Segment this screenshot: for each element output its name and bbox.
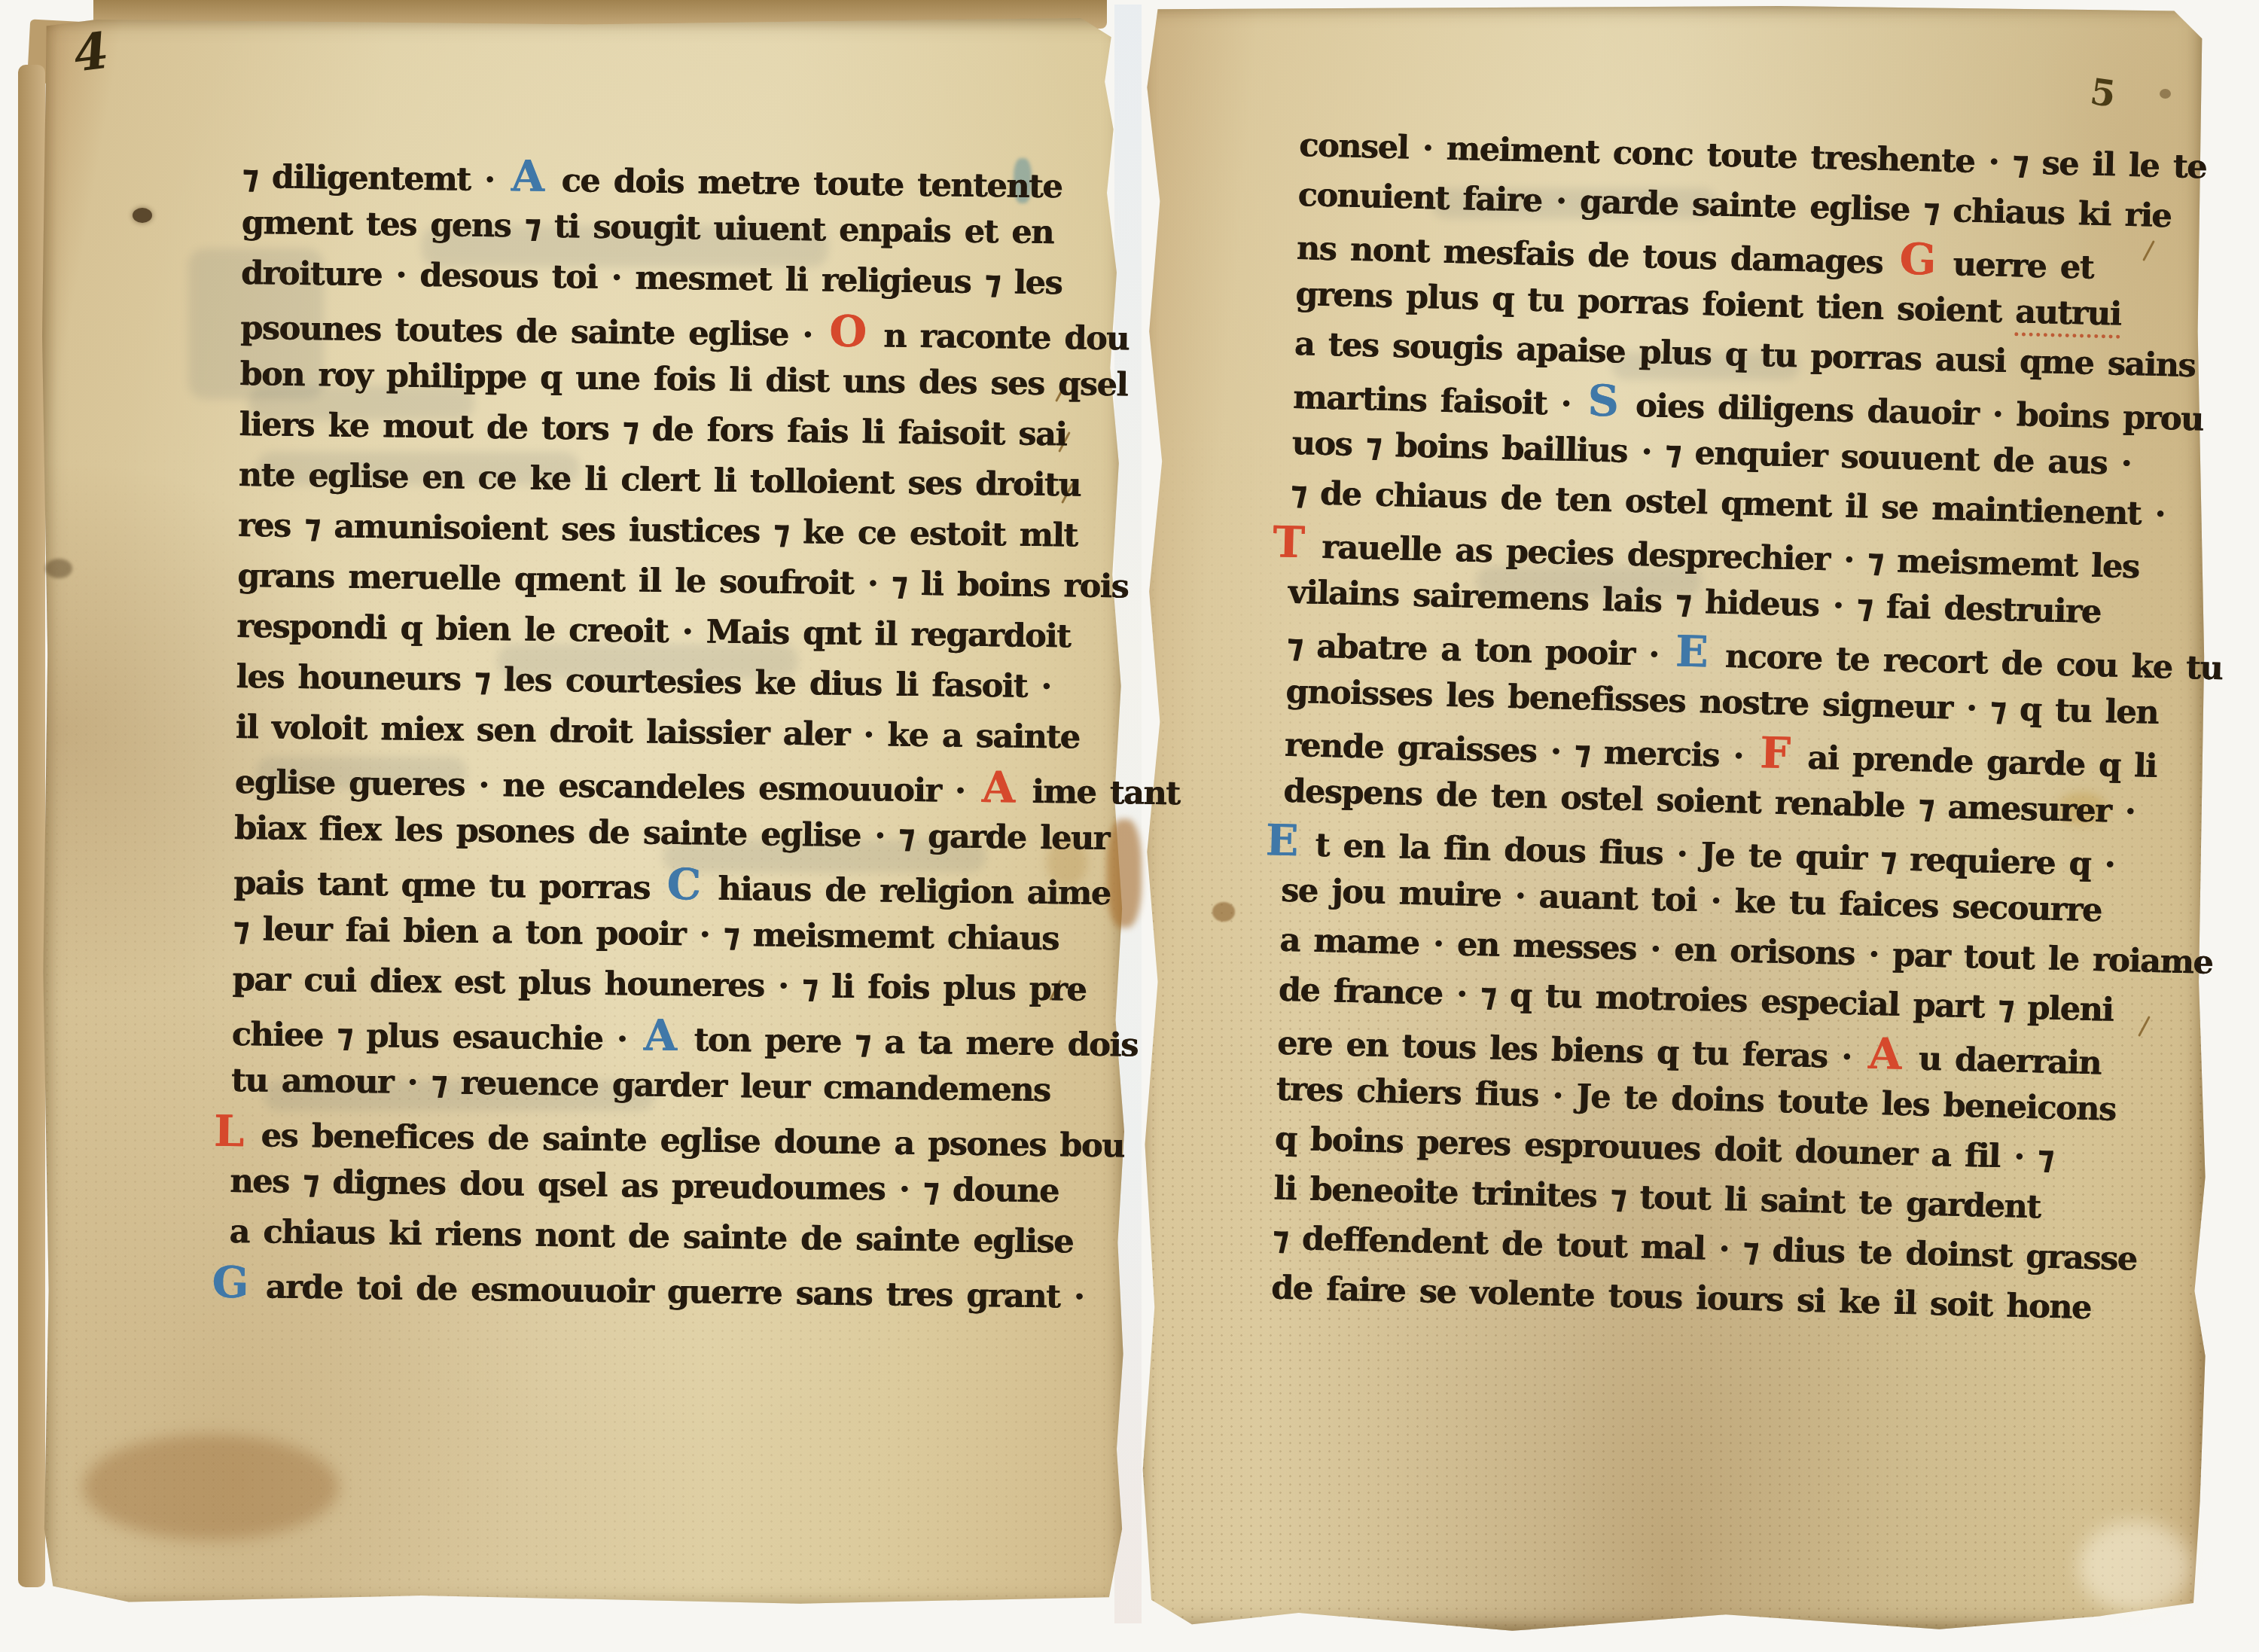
illuminated-initial: A: [1864, 1029, 1905, 1080]
text-segment: bon roy philippe q une fois li dist uns …: [239, 355, 1127, 404]
text-segment: liers ke mout de tors ⁊ de fors fais li …: [239, 406, 1066, 453]
parchment-hole: [133, 208, 152, 223]
text-segment: ton pere ⁊ a ta mere dois: [680, 1021, 1138, 1064]
text-segment: il voloit miex sen droit laissier aler ·…: [235, 709, 1079, 757]
illuminated-initial: A: [978, 762, 1018, 813]
left-text-block: ⁊ diligentemt · A ce dois metre toute te…: [228, 148, 1187, 1319]
text-segment: eglise gueres · ne escandeles esmouuoir …: [234, 764, 979, 810]
folio-number-left: 4: [70, 20, 111, 83]
stain: [2160, 89, 2171, 99]
text-segment: grans meruelle qment il le soufroit · ⁊ …: [237, 557, 1129, 605]
illuminated-initial: G: [1896, 233, 1940, 285]
text-segment: psounes toutes de sainte eglise ·: [240, 309, 827, 355]
illuminated-initial: E: [1262, 815, 1302, 866]
worn-corner: [2078, 1521, 2191, 1611]
text-segment: martins faisoit ·: [1292, 379, 1584, 423]
text-segment: respondi q bien le creoit · Mais qnt il …: [236, 608, 1071, 656]
manuscript-photo: 4 5 ⁊ diligentemt · A ce dois metre tout…: [0, 0, 2259, 1652]
text-segment: les houneurs ⁊ les courtesies ke dius li…: [236, 658, 1051, 706]
stain: [1212, 902, 1235, 922]
text-segment: droiture · desous toi · mesmet li religi…: [241, 255, 1062, 302]
text-segment: n raconte dou: [869, 317, 1129, 358]
underlying-folio-edge-left: [18, 65, 45, 1587]
illuminated-initial: F: [1757, 727, 1794, 779]
text-segment: nte eglise en ce ke li clert li tolloien…: [238, 456, 1081, 504]
illuminated-initial: L: [211, 1106, 248, 1157]
text-segment: ⁊ leur fai bien a ton pooir · ⁊ meismemt…: [233, 910, 1059, 958]
text-segment: ⁊ diligentemt ·: [242, 158, 508, 199]
illuminated-initial: C: [663, 859, 704, 910]
illuminated-initial: A: [640, 1010, 680, 1062]
text-segment: a chiaus ki riens nont de sainte de sain…: [229, 1213, 1073, 1261]
text-segment: par cui diex est plus houneres · ⁊ li fo…: [232, 961, 1086, 1009]
text-segment: ime tant: [1018, 773, 1180, 813]
text-segment: nes ⁊ dignes dou qsel as preudoumes · ⁊ …: [230, 1163, 1059, 1210]
right-text-block: consel · meiment conc toute treshente · …: [1270, 120, 2235, 1336]
text-segment: ⁊ abatre a ton pooir ·: [1286, 627, 1672, 674]
stain: [83, 1434, 339, 1540]
text-segment: hiaus de religion aime: [703, 870, 1110, 913]
illuminated-initial: T: [1269, 517, 1308, 568]
text-segment: ai prende garde q li: [1793, 739, 2157, 785]
illuminated-initial: G: [209, 1257, 252, 1309]
text-segment: ce dois metre toute tentente: [547, 162, 1062, 206]
text-segment: tu amour · ⁊ reuence garder leur cmandem…: [231, 1062, 1050, 1109]
text-segment: res ⁊ amunisoient ses iustices ⁊ ke ce e…: [238, 507, 1078, 555]
illuminated-initial: S: [1584, 375, 1623, 426]
text-segment: uerre et: [1938, 245, 2093, 287]
text-segment: chiee ⁊ plus esauchie ·: [231, 1016, 641, 1059]
text-segment: gment tes gens ⁊ ti sougit uiuent enpais…: [241, 204, 1053, 251]
text-segment: autrui: [2014, 293, 2121, 338]
illuminated-initial: O: [826, 306, 870, 357]
text-segment: biax fiex les psones de sainte eglise · …: [234, 809, 1109, 858]
text-segment: arde toi de esmouuoir guerre sans tres g…: [252, 1268, 1084, 1315]
text-segment: pais tant qme tu porras: [233, 864, 664, 907]
illuminated-initial: E: [1672, 626, 1712, 677]
stain: [45, 559, 72, 578]
text-segment: u daerrain: [1904, 1040, 2102, 1082]
illuminated-initial: A: [508, 151, 547, 202]
